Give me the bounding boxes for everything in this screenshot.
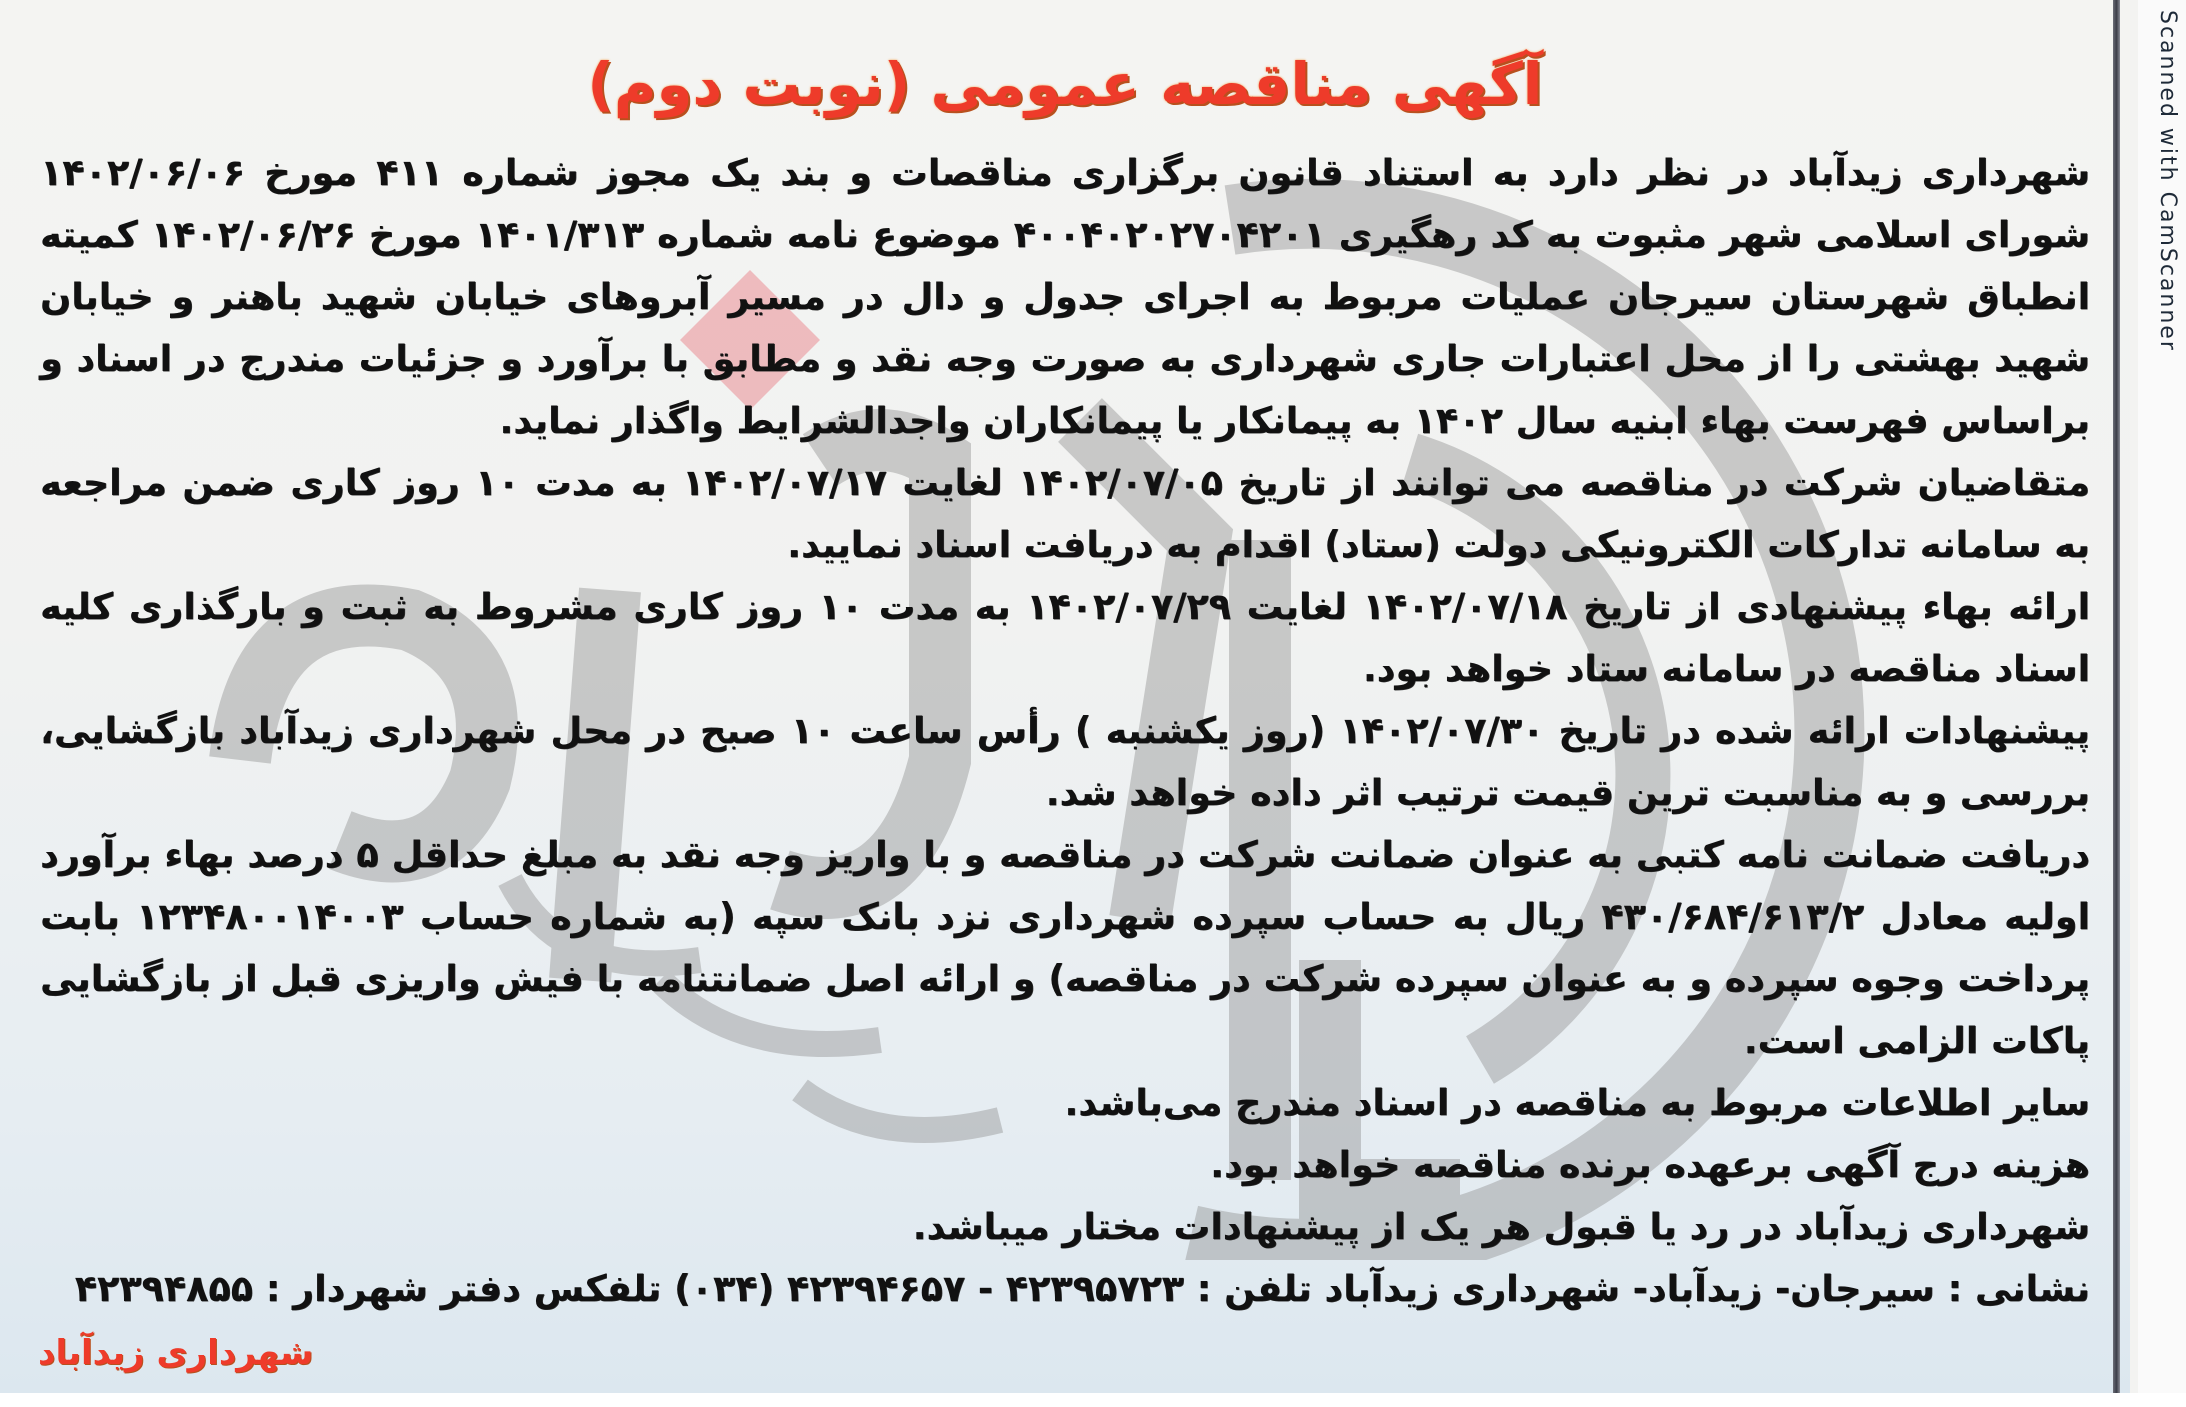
paragraph-other-info: سایر اطلاعات مربوط به مناقصه در اسناد من…	[40, 1072, 2090, 1134]
paragraph-guarantee: دریافت ضمانت نامه کتبی به عنوان ضمانت شر…	[40, 824, 2090, 1072]
paragraph-bid-submission: ارائه بهاء پیشنهادی از تاریخ ۱۴۰۲/۰۷/۱۸ …	[40, 576, 2090, 700]
side-strip: Scanned with CamScanner	[2138, 0, 2186, 1407]
paragraph-bid-opening: پیشنهادات ارائه شده در تاریخ ۱۴۰۲/۰۷/۳۰ …	[40, 700, 2090, 824]
notice-body: آگهی مناقصه عمومی (نوبت دوم) شهرداری زید…	[40, 48, 2090, 1320]
bottom-margin	[0, 1393, 2186, 1407]
notice-title: آگهی مناقصه عمومی (نوبت دوم)	[40, 48, 2090, 120]
paragraph-rights: شهرداری زیدآباد در رد یا قبول هر یک از پ…	[40, 1196, 2090, 1258]
paragraph-ad-cost: هزینه درج آگهی برعهده برنده مناقصه خواهد…	[40, 1134, 2090, 1196]
newspaper-clipping: آگهی مناقصه عمومی (نوبت دوم) شهرداری زید…	[0, 0, 2130, 1395]
scanner-label: Scanned with CamScanner	[2155, 10, 2180, 352]
column-divider	[2113, 0, 2120, 1395]
paragraph-document-retrieval: متقاضیان شرکت در مناقصه می توانند از تار…	[40, 452, 2090, 576]
signature: شهرداری زیدآباد	[38, 1333, 313, 1373]
paragraph-address: نشانی : سیرجان- زیدآباد- شهرداری زیدآباد…	[40, 1258, 2090, 1320]
paragraph-tender-description: شهرداری زیدآباد در نظر دارد به استناد قا…	[40, 142, 2090, 452]
